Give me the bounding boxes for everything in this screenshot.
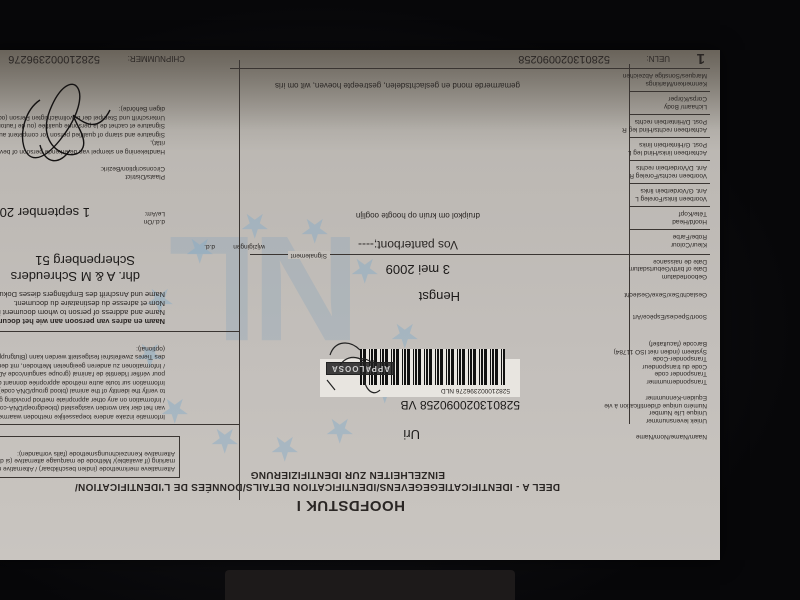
alternative-method-text: Alternatieve merkmethode (indien beschik… xyxy=(0,450,175,473)
label-ueln: Uniek levensnummerUnique Life NumberNumé… xyxy=(604,394,707,424)
label-hindleg-right: Achterbeen rechts/Hind leg RPost. D/Hint… xyxy=(622,118,707,133)
value-birth-date: 3 mei 2009 xyxy=(386,262,450,277)
device-edge xyxy=(225,570,515,600)
label-foreleg-right: Voorbeen rechts/Foreleg RAnt. D/Vorderbe… xyxy=(629,164,707,179)
value-markings: gemarmerde mond en geslachtsdelen, gestr… xyxy=(275,81,520,90)
stamp-drawing xyxy=(310,330,390,410)
value-head: druipkol om kruin op hoogte ooglijn xyxy=(356,211,480,220)
value-colour: Vos panterbont;---- xyxy=(358,238,458,252)
label-birth: GeboortedatumDate of birth/GeburtsdatumD… xyxy=(629,258,707,281)
label-transponder: TranspondernummerTransponder codeCode du… xyxy=(614,340,707,385)
label-markings: Kenmerken/MarkingsMarques/Sonstige Abzei… xyxy=(623,72,707,87)
issue-date-value: 1 september 2009 xyxy=(0,205,90,220)
ueln-label: UELN: xyxy=(646,54,670,63)
barcode-text: 528210002396276 NLD xyxy=(441,387,510,395)
value-sex: Hengst xyxy=(419,289,460,304)
part-title-line2: EINZELHEITEN ZUR IDENTIFIZIERUNG xyxy=(250,469,445,480)
recipient-label: Naam en adres van persoon aan wie het do… xyxy=(0,290,165,326)
recipient-name: dhr. A & M Schreuders xyxy=(11,269,140,284)
ueln-value: 528013020090258 xyxy=(518,53,610,65)
label-sex: Geslacht/Sex/Sexe/Geslecht xyxy=(624,291,707,299)
label-hindleg-left: Achterbeen links/Hind leg LPost. G/Hinte… xyxy=(628,141,707,156)
chip-value: 528210002396276 xyxy=(8,53,100,65)
label-species: Soort/Species/Espèce/Art xyxy=(633,313,707,321)
eu-star-icon: ★ xyxy=(300,210,330,250)
part-title-line1: DEEL A - IDENTIFICATIEGEGEVENS/IDENTIFIC… xyxy=(75,481,560,492)
value-name: Uri xyxy=(403,427,420,442)
page-number: 1 xyxy=(697,50,705,67)
eu-star-icon: ★ xyxy=(270,428,300,468)
label-body: Lichaam/ BodyCorps/Körper xyxy=(664,95,707,110)
issue-date-label: d.d./OnLe/Am: xyxy=(144,210,165,225)
eu-star-icon: ★ xyxy=(325,410,355,450)
eu-star-icon: ★ xyxy=(210,420,240,460)
label-head: Hoofd/HeadTête/Kopf xyxy=(672,210,707,225)
chapter-title: HOOFDSTUK I xyxy=(296,497,405,514)
recipient-address: Scherpenberg 51 xyxy=(35,253,135,268)
changes-date-label: d.d. xyxy=(204,243,215,251)
signature-scribble xyxy=(0,80,120,170)
label-name: Naam/Name/Nom/Name xyxy=(636,433,707,441)
label-colour: Kleur/ColourRobe/Farbe xyxy=(671,233,707,248)
other-methods-text: Informatie inzake andere toepasselijke m… xyxy=(0,344,165,421)
label-foreleg-left: Voorbeen links/Foreleg LAnt. G/Vorderbei… xyxy=(635,187,707,202)
eu-star-icon: ★ xyxy=(185,230,215,270)
eu-star-icon: ★ xyxy=(240,205,270,245)
passport-paper: NL ★ ★ ★ ★ ★ ★ ★ ★ ★ ★ ★ ★ HOOFDSTUK I D… xyxy=(0,50,720,560)
eu-star-icon: ★ xyxy=(350,250,380,290)
value-ueln-vb: 528013020090258 VB xyxy=(401,398,520,412)
chip-label: CHIPNUMMER: xyxy=(128,54,185,63)
passport-page-rotated: NL ★ ★ ★ ★ ★ ★ ★ ★ ★ ★ ★ ★ HOOFDSTUK I D… xyxy=(0,0,800,600)
signalement-label: Signalement xyxy=(288,252,330,260)
changes-label: wijzigingen xyxy=(233,243,265,251)
